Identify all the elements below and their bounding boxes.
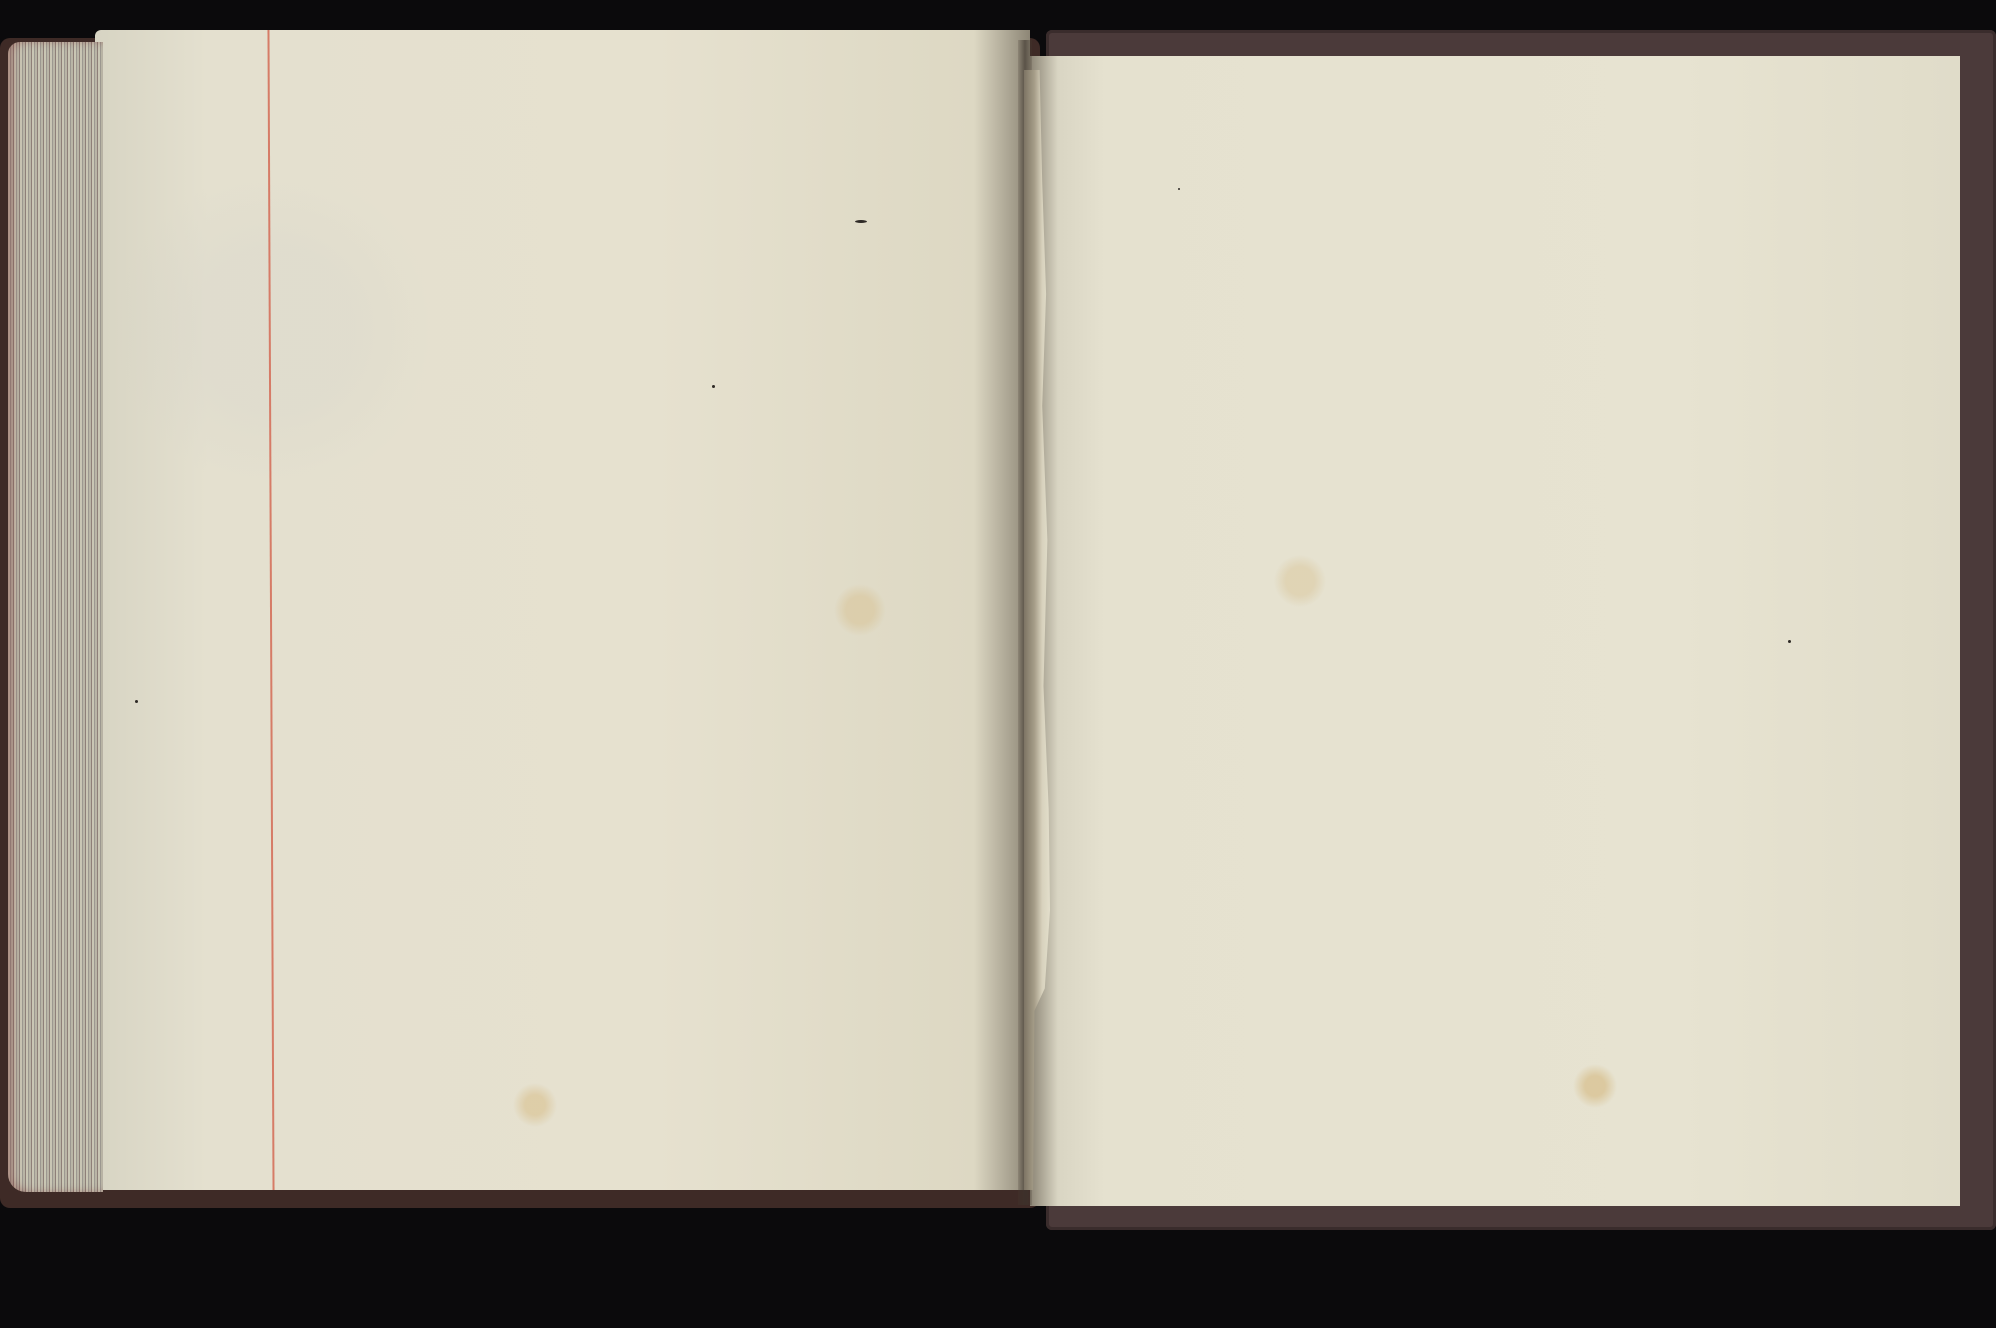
ink-speck	[712, 385, 715, 388]
ink-speck	[1178, 188, 1180, 190]
page-stack-edge	[8, 42, 103, 1192]
right-page	[1030, 56, 1960, 1206]
ink-speck	[855, 220, 867, 223]
ink-speck	[135, 700, 138, 703]
left-page	[95, 30, 1030, 1190]
ink-speck	[1788, 640, 1791, 643]
